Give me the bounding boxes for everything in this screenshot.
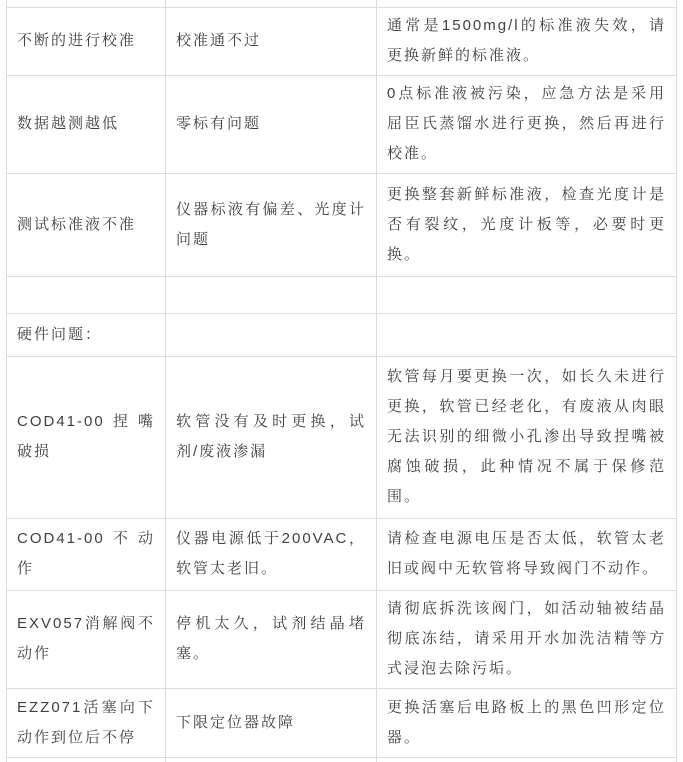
troubleshooting-table: 不断的进行校准校准通不过通常是1500mg/l的标准液失效，请更换新鲜的标准液。…: [6, 0, 677, 762]
fault-symptom-cell: COD41-00不动作: [7, 518, 166, 590]
fault-cause-cell: 下限定位器故障: [166, 688, 377, 757]
fault-cause-cell: 软管没有及时更换，试剂/废液渗漏: [166, 356, 377, 518]
fault-solution-cell: 通常是1500mg/l的标准液失效，请更换新鲜的标准液。: [377, 7, 677, 75]
table-row: EXV057消解阀不动作停机太久，试剂结晶堵塞。请彻底拆洗该阀门，如活动轴被结晶…: [7, 590, 677, 688]
table-row-partial: [7, 0, 677, 7]
fault-cause-cell: 停机太久，试剂结晶堵塞。: [166, 590, 377, 688]
fault-cause-cell: [166, 757, 377, 762]
table-row: 测试标准液不准仪器标液有偏差、光度计问题更换整套新鲜标准液，检查光度计是否有裂纹…: [7, 173, 677, 276]
fault-solution-cell: 更换活塞后电路板上的黑色凹形定位器。: [377, 688, 677, 757]
table-row: 数据越测越低零标有问题0点标准液被污染，应急方法是采用屈臣氏蒸馏水进行更换，然后…: [7, 75, 677, 173]
troubleshooting-table-page: 不断的进行校准校准通不过通常是1500mg/l的标准液失效，请更换新鲜的标准液。…: [0, 0, 683, 762]
fault-cause-cell: [166, 0, 377, 7]
table-row: COD41-00捏嘴破损软管没有及时更换，试剂/废液渗漏软管每月要更换一次，如长…: [7, 356, 677, 518]
fault-symptom-cell: EXV057消解阀不动作: [7, 590, 166, 688]
fault-cause-cell: 校准通不过: [166, 7, 377, 75]
table-row: EZZ071活塞向下动作到位后不停下限定位器故障更换活塞后电路板上的黑色凹形定位…: [7, 688, 677, 757]
table-row: COD41-00不动作仪器电源低于200VAC，软管太老旧。请检查电源电压是否太…: [7, 518, 677, 590]
fault-cause-cell: [166, 313, 377, 356]
fault-solution-cell: 软管每月要更换一次，如长久未进行更换，软管已经老化，有废液从肉眼无法识别的细微小…: [377, 356, 677, 518]
fault-solution-cell: [377, 313, 677, 356]
fault-solution-cell: 更换整套新鲜标准液，检查光度计是否有裂纹，光度计板等，必要时更换。: [377, 173, 677, 276]
fault-symptom-cell: [7, 757, 166, 762]
fault-solution-cell: [377, 276, 677, 313]
fault-symptom-cell: COD41-00捏嘴破损: [7, 356, 166, 518]
table-row: 不断的进行校准校准通不过通常是1500mg/l的标准液失效，请更换新鲜的标准液。: [7, 7, 677, 75]
fault-solution-cell: 请彻底拆洗该阀门，如活动轴被结晶彻底冻结，请采用开水加洗洁精等方式浸泡去除污垢。: [377, 590, 677, 688]
fault-symptom-cell: 硬件问题：: [7, 313, 166, 356]
table-row: 硬件问题：: [7, 313, 677, 356]
table-row-partial: [7, 276, 677, 313]
fault-symptom-cell: [7, 276, 166, 313]
fault-symptom-cell: 测试标准液不准: [7, 173, 166, 276]
table-body: 不断的进行校准校准通不过通常是1500mg/l的标准液失效，请更换新鲜的标准液。…: [7, 0, 677, 762]
table-row-partial: [7, 757, 677, 762]
fault-symptom-cell: EZZ071活塞向下动作到位后不停: [7, 688, 166, 757]
fault-symptom-cell: [7, 0, 166, 7]
fault-solution-cell: 请检查电源电压是否太低，软管太老旧或阀中无软管将导致阀门不动作。: [377, 518, 677, 590]
fault-cause-cell: 仪器电源低于200VAC，软管太老旧。: [166, 518, 377, 590]
fault-symptom-cell: 不断的进行校准: [7, 7, 166, 75]
fault-solution-cell: [377, 0, 677, 7]
fault-cause-cell: 零标有问题: [166, 75, 377, 173]
fault-cause-cell: [166, 276, 377, 313]
fault-symptom-cell: 数据越测越低: [7, 75, 166, 173]
fault-solution-cell: 0点标准液被污染，应急方法是采用屈臣氏蒸馏水进行更换，然后再进行校准。: [377, 75, 677, 173]
fault-cause-cell: 仪器标液有偏差、光度计问题: [166, 173, 377, 276]
fault-solution-cell: [377, 757, 677, 762]
